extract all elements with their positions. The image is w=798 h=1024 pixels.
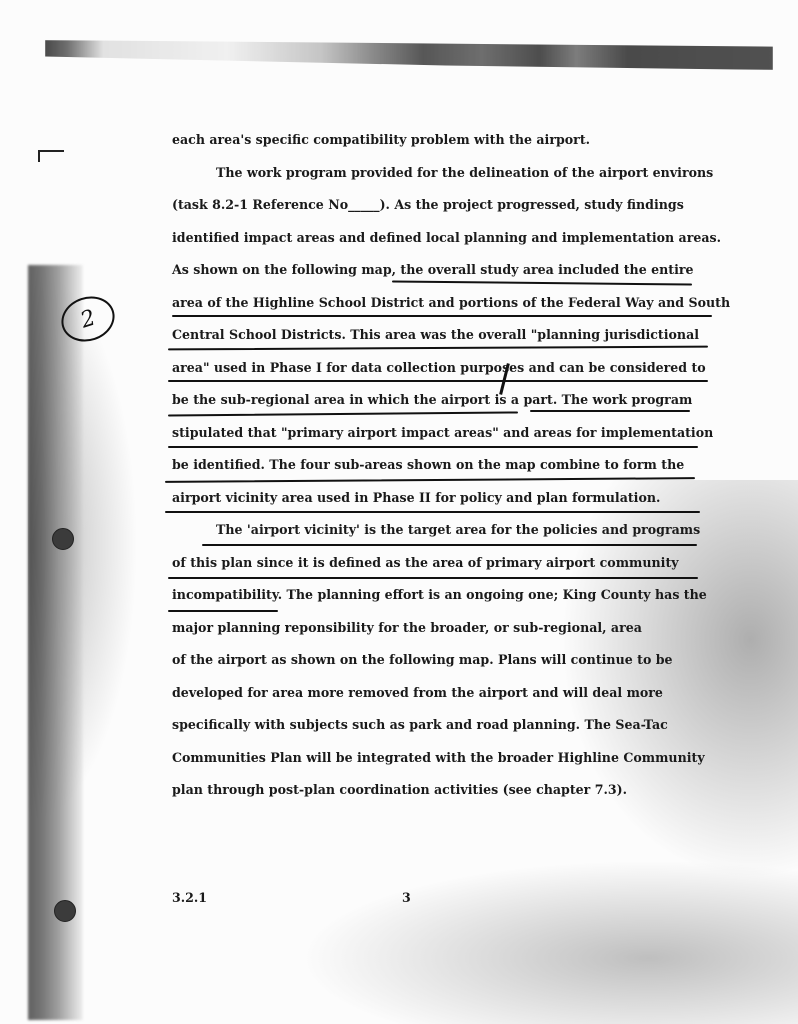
handwritten-underline	[168, 380, 708, 382]
punch-hole-icon	[54, 900, 76, 922]
text-line: of the airport as shown on the following…	[172, 644, 732, 677]
text-line: of this plan since it is defined as the …	[172, 547, 732, 580]
text-line: Communities Plan will be integrated with…	[172, 742, 732, 775]
handwritten-underline	[168, 446, 698, 448]
text-line: major planning reponsibility for the bro…	[172, 612, 732, 645]
text-line: developed for area more removed from the…	[172, 677, 732, 710]
handwritten-underline	[165, 511, 700, 513]
scan-noise-bottom	[300, 860, 798, 1024]
corner-bracket-mark	[38, 150, 64, 162]
handwritten-underline	[172, 315, 712, 317]
section-number: 3.2.1	[172, 890, 207, 905]
handwritten-underline	[202, 544, 697, 546]
handwritten-underline	[168, 577, 698, 579]
page-number: 3	[402, 890, 411, 905]
scanned-page: 2 each area's specific compatibility pro…	[0, 0, 798, 1024]
text-line: The work program provided for the deline…	[172, 157, 732, 190]
text-line: specifically with subjects such as park …	[172, 709, 732, 742]
punch-hole-icon	[52, 528, 74, 550]
handwritten-underline	[168, 610, 278, 612]
text-line: airport vicinity area used in Phase II f…	[172, 482, 732, 515]
body-text: each area's specific compatibility probl…	[172, 124, 732, 807]
text-line: incompatibility. The planning effort is …	[172, 579, 732, 612]
text-line: stipulated that "primary airport impact …	[172, 417, 732, 450]
text-line: each area's specific compatibility probl…	[172, 124, 732, 157]
text-line: (task 8.2-1 Reference No_____). As the p…	[172, 189, 732, 222]
handwritten-underline	[530, 410, 690, 412]
scan-shadow-top	[45, 40, 773, 70]
text-line: The 'airport vicinity' is the target are…	[172, 514, 732, 547]
text-line: plan through post-plan coordination acti…	[172, 774, 732, 807]
text-line: identified impact areas and defined loca…	[172, 222, 732, 255]
